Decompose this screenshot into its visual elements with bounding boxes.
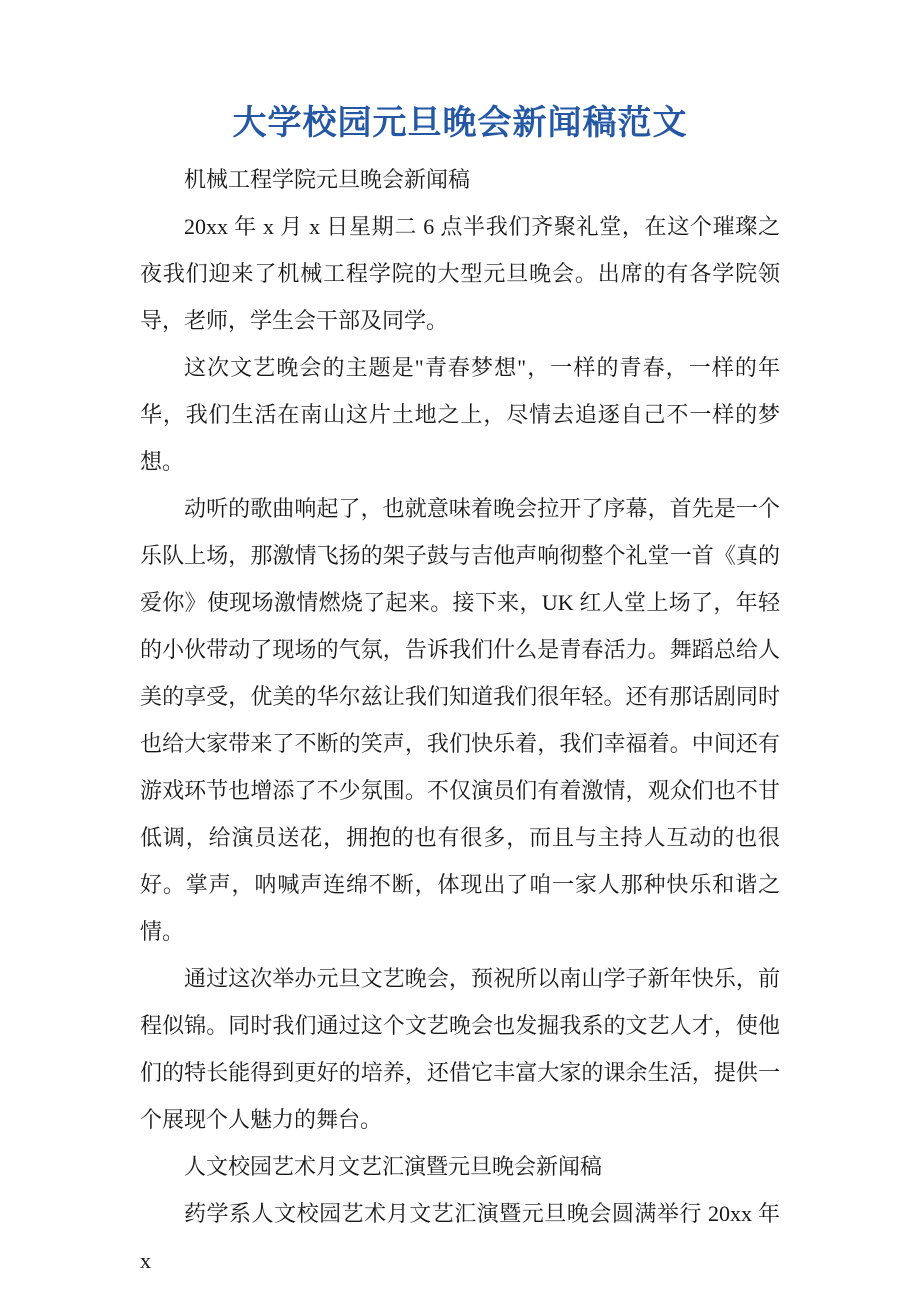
paragraph-theme: 这次文艺晚会的主题是"青春梦想"，一样的青春，一样的年华，我们生活在南山这片土地… — [140, 344, 780, 485]
document-body: 大学校园元旦晚会新闻稿范文 机械工程学院元旦晚会新闻稿 20xx 年 x 月 x… — [0, 0, 920, 1284]
paragraph-performance: 动听的歌曲响起了，也就意味着晚会拉开了序幕，首先是一个乐队上场，那激情飞扬的架子… — [140, 485, 780, 955]
paragraph-pharmacy: 药学系人文校园艺术月文艺汇演暨元旦晚会圆满举行 20xx 年 x — [140, 1190, 780, 1284]
paragraph-subtitle-1: 机械工程学院元旦晚会新闻稿 — [140, 156, 780, 203]
paragraph-opening: 20xx 年 x 月 x 日星期二 6 点半我们齐聚礼堂，在这个璀璨之夜我们迎来… — [140, 203, 780, 344]
doc-title: 大学校园元旦晚会新闻稿范文 — [140, 102, 780, 146]
document-page: 大学校园元旦晚会新闻稿范文 机械工程学院元旦晚会新闻稿 20xx 年 x 月 x… — [0, 0, 920, 1302]
paragraph-closing: 通过这次举办元旦文艺晚会，预祝所以南山学子新年快乐，前程似锦。同时我们通过这个文… — [140, 955, 780, 1143]
paragraph-subtitle-2: 人文校园艺术月文艺汇演暨元旦晚会新闻稿 — [140, 1143, 780, 1190]
